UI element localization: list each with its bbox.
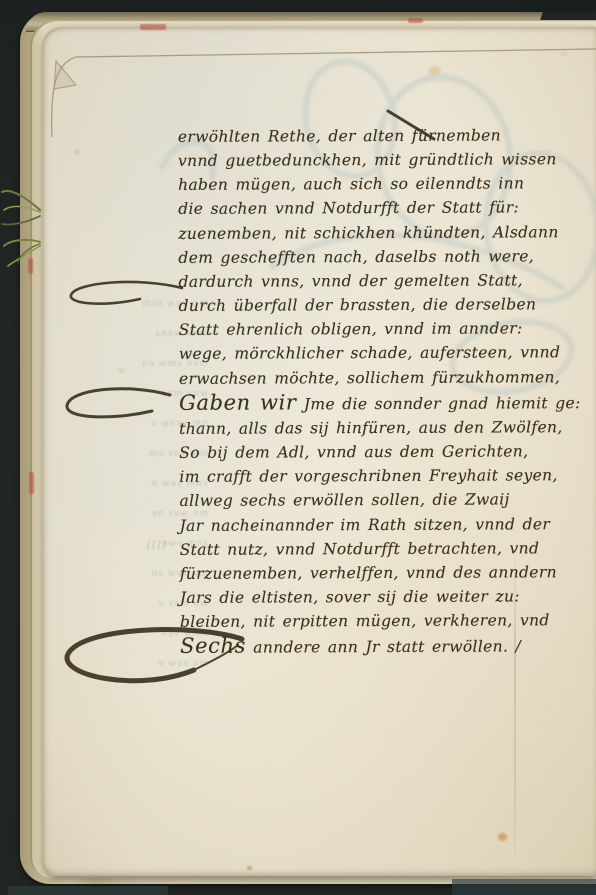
scan-background (8, 886, 168, 895)
manuscript-line: dem geschefften nach, daselbs noth were, (178, 244, 578, 270)
manuscript-line: thann, alls das sij hinfüren, aus den Zw… (179, 415, 579, 441)
manuscript-line: erwachsen möchte, sollichem fürzukhommen… (179, 365, 579, 391)
line-text: erwöhlten Rethe, der alten fürnemben (178, 126, 501, 145)
manuscript-line: die sachen vnnd Notdurfft der Statt für: (178, 196, 578, 222)
line-text: dem geschefften nach, daselbs noth were, (178, 247, 534, 267)
manuscript-line: im crafft der vorgeschribnen Freyhait se… (179, 463, 579, 489)
manuscript-line: haben mügen, auch sich so eilenndts inn (178, 171, 578, 197)
line-text: erwachsen möchte, sollichem fürzukhommen… (179, 368, 560, 388)
line-text: Jar nacheinannder im Rath sitzen, vnnd d… (180, 515, 551, 535)
bleedthrough-mark: IIII (146, 539, 167, 552)
line-text: anndere ann Jr statt erwöllen. / (246, 638, 521, 657)
manuscript-line: Jar nacheinannder im Rath sitzen, vnnd d… (180, 512, 580, 538)
line-text: die sachen vnnd Notdurfft der Statt für: (178, 199, 519, 218)
line-text: allweg sechs erwöllen sollen, die Zwaij (179, 491, 509, 510)
line-text: Jars die eltisten, sover sij die weiter … (180, 587, 520, 606)
line-text: Jme die sonnder gnad hiemit ge: (297, 394, 581, 413)
line-text: Statt nutz, vnnd Notdurfft betrachten, v… (180, 539, 540, 559)
line-text: im crafft der vorgeschribnen Freyhait se… (179, 466, 557, 486)
manuscript-line: allweg sechs erwöllen sollen, die Zwaij (179, 487, 579, 513)
line-text: dardurch vnns, vnnd der gemelten Statt, (178, 271, 522, 291)
line-text: durch überfall der brassten, die derselb… (179, 295, 537, 315)
line-text: So bij dem Adl, vnnd aus dem Gerichten, (179, 442, 528, 462)
manuscript-line: bleiben, nit erpitten mügen, verkheren, … (180, 608, 580, 634)
line-text: Statt ehrenlich obligen, vnnd im annder: (179, 320, 523, 340)
manuscript-line: Statt nutz, vnnd Notdurfft betrachten, v… (180, 536, 580, 562)
scan-background (520, 0, 596, 10)
manuscript-line: Sechs anndere ann Jr statt erwöllen. / (180, 632, 580, 660)
line-text: bleiben, nit erpitten mügen, verkheren, … (180, 611, 550, 631)
manuscript-text: erwöhlten Rethe, der alten fürnembenvnnd… (178, 123, 580, 660)
line-text: thann, alls das sij hinfüren, aus den Zw… (179, 418, 562, 438)
line-text: wege, mörckhlicher schade, aufersteen, v… (179, 344, 560, 364)
manuscript-line: erwöhlten Rethe, der alten fürnemben (178, 123, 578, 149)
manuscript-line: Gaben wir Jme die sonnder gnad hiemit ge… (179, 389, 579, 417)
line-text: fürzuenemben, verhelffen, vnnd des annde… (180, 563, 557, 583)
scan-background (452, 879, 596, 895)
line-text: haben mügen, auch sich so eilenndts inn (178, 175, 524, 195)
lead-word: Sechs (180, 634, 246, 658)
line-text: zuenemben, nit schickhen khündten, Alsda… (178, 223, 558, 243)
manuscript-line: vnnd guetbedunckhen, mit gründtlich wiss… (178, 147, 578, 173)
manuscript-line: So bij dem Adl, vnnd aus dem Gerichten, (179, 439, 579, 465)
manuscript-line: Jars die eltisten, sover sij die weiter … (180, 584, 580, 610)
manuscript-line: zuenemben, nit schickhen khündten, Alsda… (178, 220, 578, 246)
manuscript-page: mn vnw somvnm wensmvn smw enwnv mnsnm ve… (42, 27, 596, 876)
manuscript-line: wege, mörckhlicher schade, aufersteen, v… (179, 341, 579, 367)
manuscript-line: durch überfall der brassten, die derselb… (179, 292, 579, 318)
lead-word: Gaben wir (179, 390, 297, 415)
manuscript-line: Statt ehrenlich obligen, vnnd im annder: (179, 316, 579, 342)
manuscript-line: dardurch vnns, vnnd der gemelten Statt, (178, 268, 578, 294)
manuscript-line: fürzuenemben, verhelffen, vnnd des annde… (180, 560, 580, 586)
binding-thread (0, 182, 60, 274)
line-text: vnnd guetbedunckhen, mit gründtlich wiss… (178, 150, 557, 170)
